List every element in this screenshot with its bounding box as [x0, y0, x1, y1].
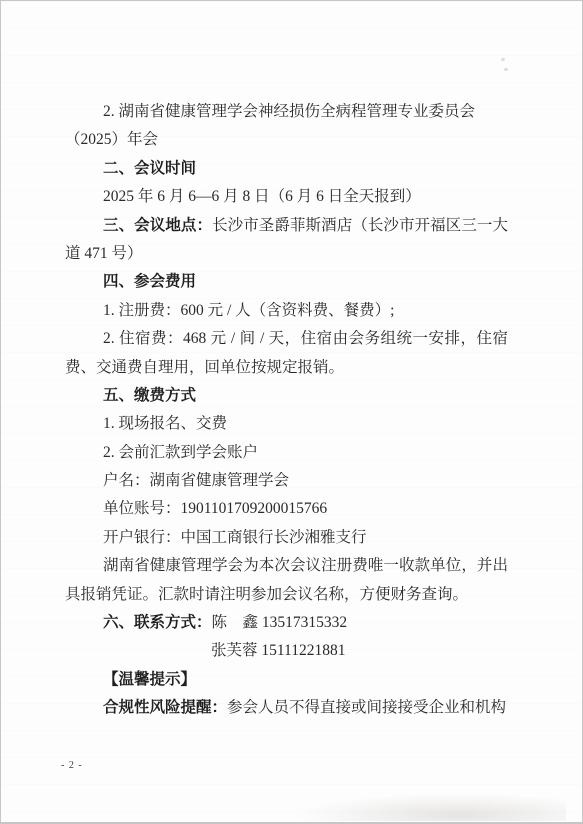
text-segment: 费、交通费自理用，回单位按规定报销。 — [65, 359, 344, 376]
text-segment: 2. 会前汇款到学会账户 — [103, 444, 258, 461]
bold-text-segment: 【温馨提示】 — [103, 671, 196, 688]
account-name: 户名：湖南省健康管理学会 — [65, 467, 508, 495]
section-heading-fees: 四、参会费用 — [65, 268, 508, 296]
text-segment: 开户银行：中国工商银行长沙湘雅支行 — [103, 529, 367, 546]
text-segment: 长沙市圣爵菲斯酒店（长沙市开福区三一大 — [212, 217, 508, 234]
text-segment: 1. 注册费：600 元 / 人（含资料费、餐费）; — [103, 302, 395, 319]
section-heading-meeting-time: 二、会议时间 — [65, 155, 508, 183]
bold-text-segment: 四、参会费用 — [103, 273, 196, 290]
compliance-reminder: 合规性风险提醒：参会人员不得直接或间接接受企业和机构 — [65, 694, 508, 722]
bank-name: 开户银行：中国工商银行长沙湘雅支行 — [65, 524, 508, 552]
scan-speck-artifact — [504, 68, 508, 71]
text-segment: 2. 湖南省健康管理学会神经损伤全病程管理专业委员会 — [103, 103, 475, 120]
payment-option-1: 1. 现场报名、交费 — [65, 410, 508, 438]
section-heading-venue-line1: 三、会议地点：长沙市圣爵菲斯酒店（长沙市开福区三一大 — [65, 212, 508, 240]
section-heading-payment: 五、缴费方式 — [65, 382, 508, 410]
tips-heading: 【温馨提示】 — [65, 666, 508, 694]
text-segment: 1. 现场报名、交费 — [103, 415, 227, 432]
payee-note-line2: 具报销凭证。汇款时请注明参加会议名称，方便财务查询。 — [65, 581, 508, 609]
text-segment: 陈 鑫 13517315332 — [212, 614, 348, 631]
bold-text-segment: 三、会议地点： — [103, 217, 212, 234]
contacts-line2: 张芙蓉 15111221881 — [65, 637, 508, 665]
accommodation-fee-line1: 2. 住宿费：468 元 / 间 / 天，住宿由会务组统一安排，住宿 — [65, 325, 508, 353]
page-number: - 2 - — [61, 760, 83, 771]
accommodation-fee-line2: 费、交通费自理用，回单位按规定报销。 — [65, 354, 508, 382]
text-segment: 参会人员不得直接或间接接受企业和机构 — [227, 699, 506, 716]
scan-speck-artifact — [501, 58, 505, 61]
text-segment: 单位账号：1901101709200015766 — [103, 500, 327, 517]
meeting-time-value: 2025 年 6 月 6—6 月 8 日（6 月 6 日全天报到） — [65, 183, 508, 211]
scan-smudge-artifact — [296, 793, 566, 821]
agenda-item-2-line1: 2. 湖南省健康管理学会神经损伤全病程管理专业委员会 — [65, 98, 508, 126]
agenda-item-2-line2: （2025）年会 — [65, 126, 508, 154]
payment-option-2: 2. 会前汇款到学会账户 — [65, 439, 508, 467]
text-segment: 2025 年 6 月 6—6 月 8 日（6 月 6 日全天报到） — [103, 188, 421, 205]
bold-text-segment: 二、会议时间 — [103, 160, 196, 177]
bold-text-segment: 合规性风险提醒： — [103, 699, 227, 716]
text-segment: 具报销凭证。汇款时请注明参加会议名称，方便财务查询。 — [65, 586, 468, 603]
text-segment: （2025）年会 — [65, 131, 158, 148]
text-segment: 户名：湖南省健康管理学会 — [103, 472, 289, 489]
text-segment: 2. 住宿费：468 元 / 间 / 天，住宿由会务组统一安排，住宿 — [103, 330, 508, 347]
payee-note-line1: 湖南省健康管理学会为本次会议注册费唯一收款单位，并出 — [65, 552, 508, 580]
bold-text-segment: 六、联系方式： — [103, 614, 212, 631]
registration-fee: 1. 注册费：600 元 / 人（含资料费、餐费）; — [65, 297, 508, 325]
contacts-line1: 六、联系方式：陈 鑫 13517315332 — [65, 609, 508, 637]
text-segment: 张芙蓉 15111221881 — [211, 642, 345, 659]
bold-text-segment: 五、缴费方式 — [103, 387, 196, 404]
account-number: 单位账号：1901101709200015766 — [65, 495, 508, 523]
text-segment: 道 471 号） — [65, 245, 143, 262]
text-segment: 湖南省健康管理学会为本次会议注册费唯一收款单位，并出 — [103, 557, 508, 574]
scanned-document-page: 2. 湖南省健康管理学会神经损伤全病程管理专业委员会（2025）年会二、会议时间… — [0, 0, 583, 824]
venue-line2: 道 471 号） — [65, 240, 508, 268]
document-body: 2. 湖南省健康管理学会神经损伤全病程管理专业委员会（2025）年会二、会议时间… — [65, 98, 508, 723]
